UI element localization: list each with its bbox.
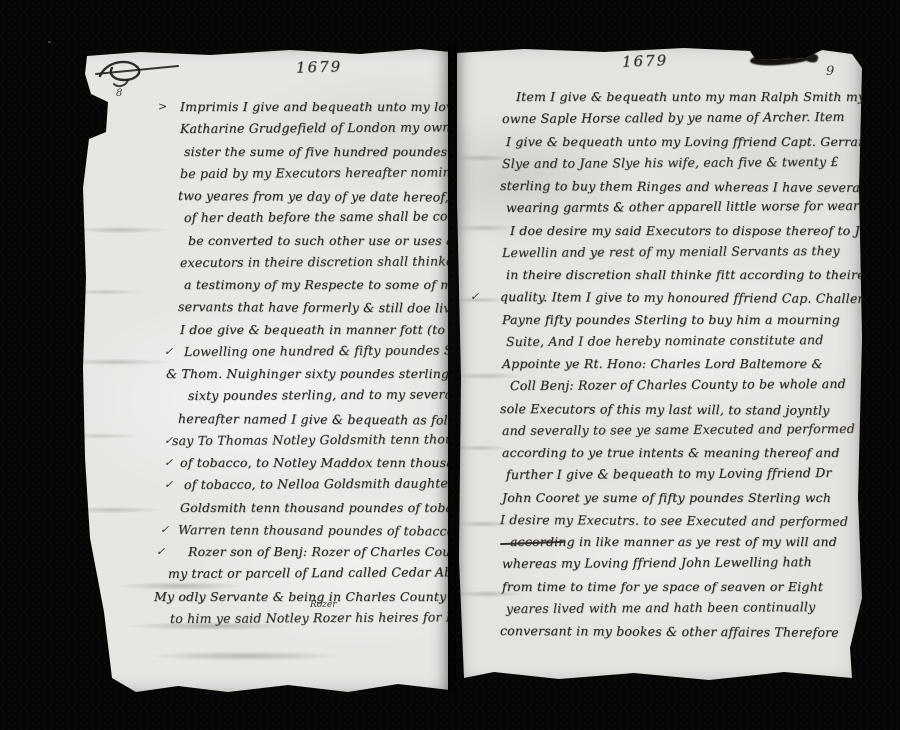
margin-check-mark: ✓ — [164, 456, 173, 469]
page-number: 9 — [826, 64, 834, 79]
manuscript-line: & Thom. Nuighinger sixty poundes sterlin… — [166, 363, 450, 385]
manuscript-line: further I give & bequeath to my Loving f… — [506, 462, 866, 486]
manuscript-line: owne Saple Horse called by ye name of Ar… — [502, 106, 866, 131]
margin-check-mark: ✓ — [160, 523, 169, 536]
microfilm-scan: 8 1679 > ✓ ✓ ✓ ✓ ✓ ✓ Imprimis I give and… — [0, 0, 900, 730]
manuscript-line: servants that have formerly & still doe … — [178, 296, 450, 320]
year-heading-right: 1679 — [622, 51, 669, 71]
manuscript-line: Lewellin and ye rest of my meniall Serva… — [502, 239, 866, 264]
manuscript-line: of tobacco, to Nelloa Goldsmith daughter… — [184, 472, 450, 496]
manuscript-line: My odly Servante & being in Charles Coun… — [154, 586, 450, 608]
manuscript-text-right: Item I give & bequeath unto my man Ralph… — [502, 86, 866, 642]
manuscript-line: sixty poundes sterling, and to my severa… — [188, 383, 450, 407]
manuscript-line: Lowelling one hundred & fifty poundes St… — [184, 339, 450, 363]
margin-check-mark: ✓ — [164, 345, 173, 358]
dust-speck — [48, 41, 51, 43]
margin-check-mark: ✓ — [156, 545, 165, 558]
manuscript-line: Item I give & bequeath unto my man Ralph… — [516, 86, 866, 108]
manuscript-line: of tobacco, to Notley Maddox tenn thousa… — [180, 452, 450, 474]
manuscript-line: be converted to such other use or uses a… — [188, 230, 450, 252]
ink-blot — [750, 50, 811, 67]
manuscript-line: be paid by my Executors hereafter nomina… — [180, 161, 450, 185]
manuscript-line: conversant in my bookes & other affaires… — [500, 620, 866, 644]
manuscript-line: quality. Item I give to my honoured ffri… — [500, 286, 866, 310]
manuscript-line: whereas my Loving ffriend John Lewelling… — [502, 551, 866, 576]
manuscript-line: say To Thomas Notley Goldsmith tenn thou… — [172, 428, 450, 452]
manuscript-line: Warren tenn thousand poundes of tobacco,… — [178, 519, 450, 543]
ink-scribble-mark — [92, 54, 184, 90]
manuscript-line: Appointe ye Rt. Hono: Charles Lord Balte… — [502, 353, 866, 375]
manuscript-line: I give & bequeath unto my Loving ffriend… — [506, 131, 866, 153]
interline-note: Rozer — [310, 600, 337, 610]
manuscript-line: Suite, And I doe hereby nominate constit… — [506, 329, 866, 353]
manuscript-line: I desire my Executrs. to see Executed an… — [500, 509, 866, 533]
manuscript-line: and severally to see ye same Executed an… — [502, 417, 866, 442]
manuscript-line: a testimony of my Respecte to some of my… — [184, 274, 450, 296]
manuscript-line: Slye and to Jane Slye his wife, each fiv… — [502, 150, 866, 175]
page-gutter — [448, 42, 456, 690]
folio-numeral: 8 — [116, 88, 122, 99]
manuscript-text-left: Imprimis I give and bequeath unto my lov… — [180, 96, 450, 630]
manuscript-line: from time to time for ye space of seaven… — [502, 576, 866, 598]
manuscript-line: in theire discretion shall thinke fitt a… — [506, 264, 866, 286]
manuscript-line: I doe desire my said Executors to dispos… — [510, 220, 866, 242]
opening-caret-mark: > — [158, 100, 167, 113]
manuscript-line: Katharine Grudgefield of London my owne … — [180, 116, 450, 140]
left-page: 8 1679 > ✓ ✓ ✓ ✓ ✓ ✓ Imprimis I give and… — [60, 40, 450, 700]
manuscript-line: of her death before the same shall be co… — [184, 205, 450, 229]
manuscript-line: Imprimis I give and bequeath unto my lov… — [180, 96, 450, 118]
year-heading-left: 1679 — [296, 57, 343, 76]
manuscript-line: yeares lived with me and hath been conti… — [506, 596, 866, 620]
manuscript-line: wearing garmts & other apparell little w… — [506, 195, 866, 219]
manuscript-line: executors in theire discretion shall thi… — [180, 250, 450, 274]
manuscript-line: Rozer son of Benj: Rozer of Charles Coun… — [188, 541, 450, 563]
margin-check-mark: ✓ — [470, 290, 479, 303]
manuscript-line: my tract or parcell of Land called Cedar… — [168, 561, 450, 585]
margin-check-mark: ✓ — [164, 478, 173, 491]
manuscript-line: Coll Benj: Rozer of Charles County to be… — [510, 373, 866, 397]
manuscript-line: sister the sume of five hundred poundes … — [184, 141, 450, 163]
right-page: 1679 9 ✓ Item I give & bequeath unto my … — [454, 38, 866, 690]
manuscript-line: Goldsmith tenn thousand poundes of tobac… — [180, 497, 450, 519]
manuscript-line: according to ye true intents & meaning t… — [502, 442, 866, 464]
manuscript-line: I doe give & bequeath in manner fott (to… — [180, 319, 450, 341]
manuscript-line: John Cooret ye sume of fifty poundes Ste… — [502, 487, 866, 509]
manuscript-line: Payne fifty poundes Sterling to buy him … — [502, 309, 866, 331]
